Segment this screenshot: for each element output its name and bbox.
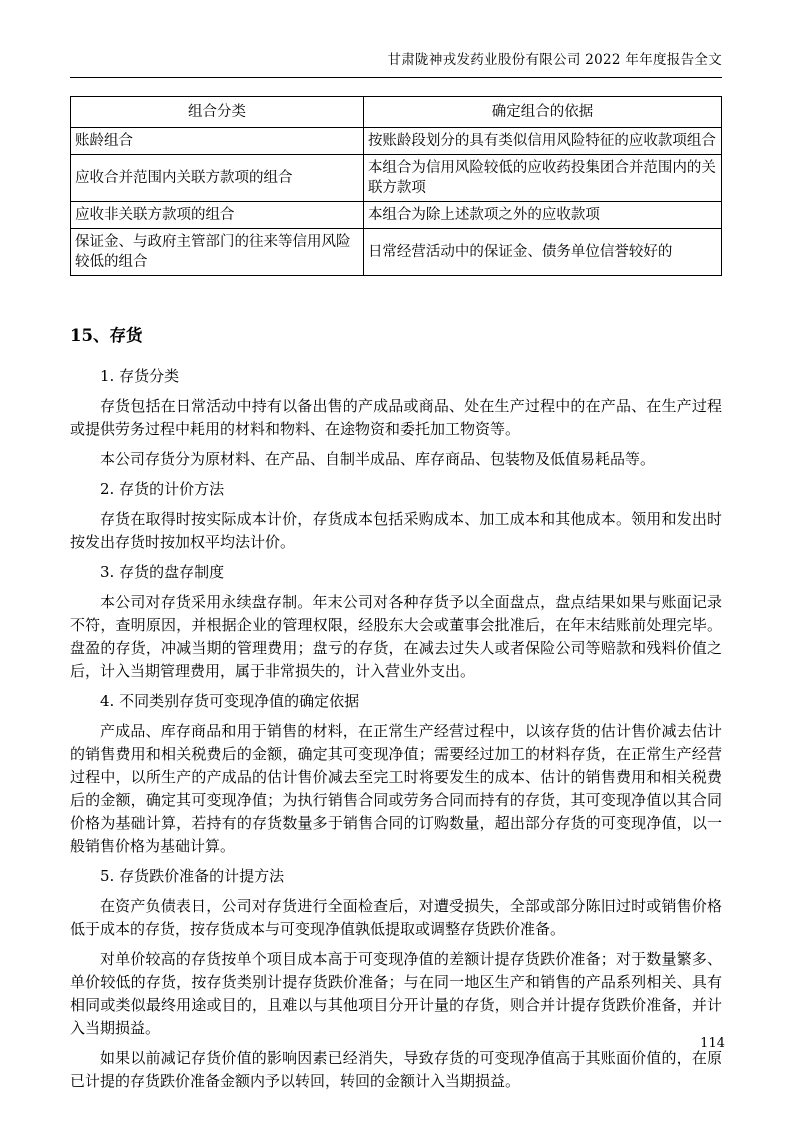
table-cell: 按账龄段划分的具有类似信用风险特征的应收款项组合 (363, 128, 721, 155)
table-header-cell: 确定组合的依据 (363, 97, 721, 128)
subheading: 5. 存货跌价准备的计提方法 (70, 858, 722, 888)
table-row: 应收合并范围内关联方款项的组合本组合为信用风险较低的应收药投集团合并范围内的关联… (71, 155, 722, 202)
table-header-cell: 组合分类 (71, 97, 364, 128)
subheading: 1. 存货分类 (70, 358, 722, 388)
subheading: 2. 存货的计价方法 (70, 471, 722, 501)
table-row: 保证金、与政府主管部门的往来等信用风险较低的组合日常经营活动中的保证金、债务单位… (71, 229, 722, 276)
document-page: 甘肃陇神戎发药业股份有限公司 2022 年年度报告全文 组合分类确定组合的依据 … (0, 0, 793, 1122)
paragraph: 存货包括在日常活动中持有以备出售的产成品或商品、处在生产过程中的在产品、在生产过… (70, 388, 722, 441)
paragraph: 对单价较高的存货按单个项目成本高于可变现净值的差额计提存货跌价准备；对于数量繁多… (70, 941, 722, 1040)
section-blocks: 1. 存货分类存货包括在日常活动中持有以备出售的产成品或商品、处在生产过程中的在… (70, 358, 722, 1093)
portfolio-table-body: 账龄组合按账龄段划分的具有类似信用风险特征的应收款项组合应收合并范围内关联方款项… (71, 128, 722, 276)
report-header: 甘肃陇神戎发药业股份有限公司 2022 年年度报告全文 (70, 50, 722, 78)
paragraph: 如果以前减记存货价值的影响因素已经消失，导致存货的可变现净值高于其账面价值的，在… (70, 1040, 722, 1093)
paragraph: 产成品、库存商品和用于销售的材料，在正常生产经营过程中，以该存货的估计售价减去估… (70, 713, 722, 858)
table-row: 账龄组合按账龄段划分的具有类似信用风险特征的应收款项组合 (71, 128, 722, 155)
table-cell: 保证金、与政府主管部门的往来等信用风险较低的组合 (71, 229, 364, 276)
paragraph: 存货在取得时按实际成本计价，存货成本包括采购成本、加工成本和其他成本。领用和发出… (70, 501, 722, 554)
table-cell: 日常经营活动中的保证金、债务单位信誉较好的 (363, 229, 721, 276)
subheading: 3. 存货的盘存制度 (70, 554, 722, 584)
table-cell: 本组合为信用风险较低的应收药投集团合并范围内的关联方款项 (363, 155, 721, 202)
report-header-text: 甘肃陇神戎发药业股份有限公司 2022 年年度报告全文 (387, 52, 722, 68)
table-header-row: 组合分类确定组合的依据 (71, 97, 722, 128)
table-cell: 应收合并范围内关联方款项的组合 (71, 155, 364, 202)
table-cell: 应收非关联方款项的组合 (71, 202, 364, 229)
section-title: 15、存货 (70, 324, 722, 348)
paragraph: 本公司对存货采用永续盘存制。年末公司对各种存货予以全面盘点，盘点结果如果与账面记… (70, 584, 722, 683)
table-row: 应收非关联方款项的组合本组合为除上述款项之外的应收款项 (71, 202, 722, 229)
paragraph: 在资产负债表日，公司对存货进行全面检查后，对遭受损失，全部或部分陈旧过时或销售价… (70, 888, 722, 941)
subheading: 4. 不同类别存货可变现净值的确定依据 (70, 683, 722, 713)
paragraph: 本公司存货分为原材料、在产品、自制半成品、库存商品、包装物及低值易耗品等。 (70, 441, 722, 471)
page-number: 114 (700, 1036, 725, 1052)
table-cell: 账龄组合 (71, 128, 364, 155)
table-cell: 本组合为除上述款项之外的应收款项 (363, 202, 721, 229)
portfolio-table: 组合分类确定组合的依据 账龄组合按账龄段划分的具有类似信用风险特征的应收款项组合… (70, 96, 722, 276)
